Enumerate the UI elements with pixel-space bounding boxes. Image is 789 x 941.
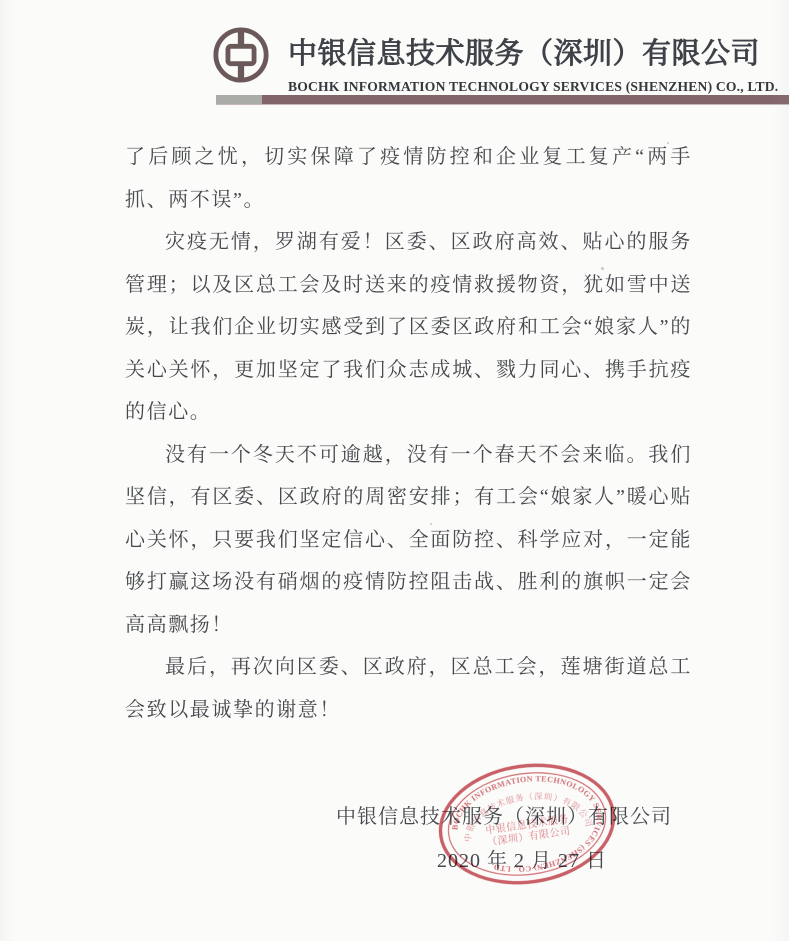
body-paragraph: 灾疫无情，罗湖有爱！区委、区政府高效、贴心的服务管理；以及区总工会及时送来的疫情… [125, 221, 692, 434]
letter-page: 中银信息技术服务（深圳）有限公司 BOCHK INFORMATION TECHN… [0, 0, 789, 941]
company-seal-stamp: BOCHK INFORMATION TECHNOLOGY SERVICES (S… [428, 750, 625, 898]
company-name-cn: 中银信息技术服务（深圳）有限公司 [288, 31, 778, 72]
bank-of-china-logo-icon [212, 26, 270, 84]
scan-speck [667, 142, 669, 144]
company-name-en: BOCHK INFORMATION TECHNOLOGY SERVICES (S… [288, 79, 778, 95]
letterhead-divider [216, 95, 789, 104]
body-paragraph: 没有一个冬天不可逾越，没有一个春天不会来临。我们坚信，有区委、区政府的周密安排；… [125, 434, 692, 647]
letterhead-divider-gray-segment [216, 95, 262, 104]
body-paragraph: 了后顾之忧，切实保障了疫情防控和企业复工复产“两手抓、两不误”。 [125, 136, 692, 221]
scan-speck [601, 267, 604, 270]
letterhead-titles: 中银信息技术服务（深圳）有限公司 BOCHK INFORMATION TECHN… [288, 31, 778, 95]
body-paragraph: 最后，再次向区委、区政府，区总工会，莲塘街道总工会致以最诚挚的谢意！ [125, 646, 692, 731]
scan-speck [430, 523, 432, 525]
letter-body: 了后顾之忧，切实保障了疫情防控和企业复工复产“两手抓、两不误”。 灾疫无情，罗湖… [125, 136, 692, 731]
